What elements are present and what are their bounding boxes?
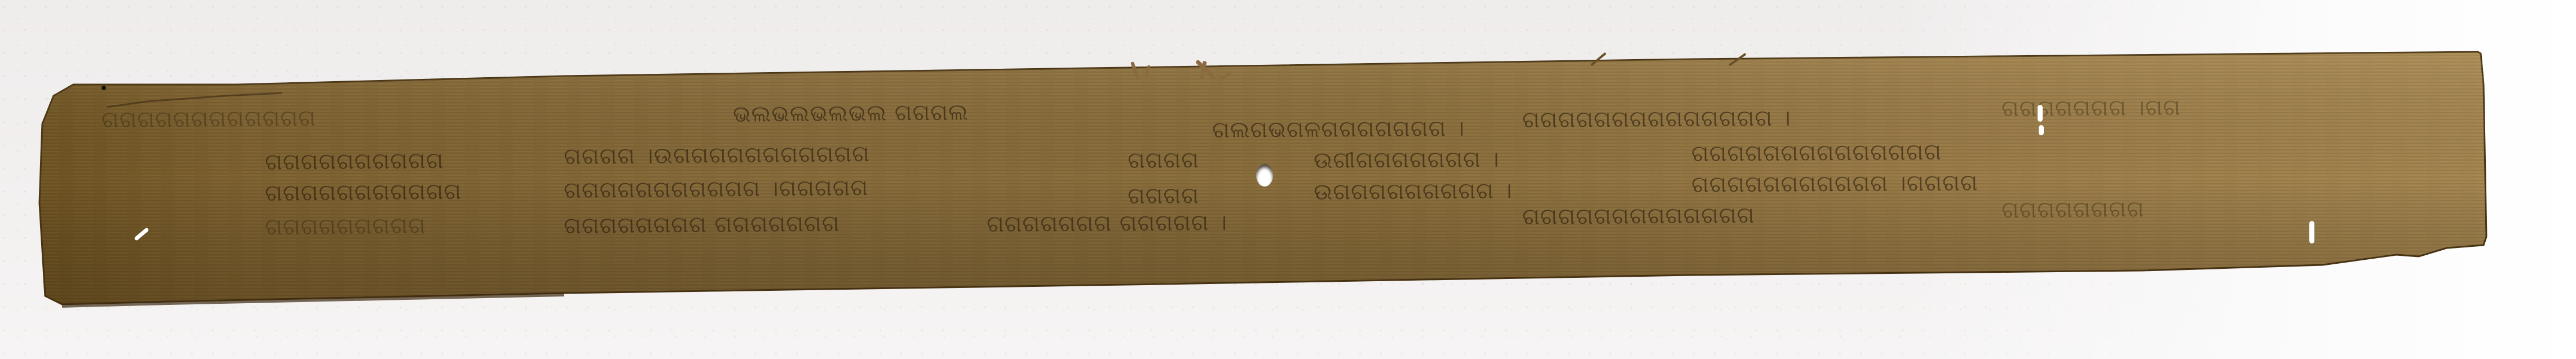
text-line-2-seg-3: ଗଗଗଗ bbox=[1128, 147, 1199, 174]
text-line-1-seg-2: ଭଲଭଲଭଲଭଲ ଗଗଗଲ bbox=[733, 99, 969, 127]
text-line-3-seg-2: ଗଗଗଗଗଗଗଗଗଗଗ ।ଗଗଗଗଗ bbox=[564, 175, 869, 203]
text-line-1-seg-1: ଗଗଗଗଗଗଗଗଗଗଗଗ bbox=[101, 105, 316, 133]
text-line-3-seg-3: ଗଗଗଗ bbox=[1128, 183, 1199, 209]
text-line-4-seg-2: ଗଗଗଗଗଗଗଗ ଗଗଗଗଗଗଗ bbox=[564, 211, 840, 239]
text-line-1-seg-5: ଗଗଗଗଗଗଗ ।ଗଗ bbox=[2001, 95, 2181, 122]
string-hole bbox=[1256, 164, 1273, 187]
text-line-2-seg-2: ଗଗଗଗ ।ଉଗଗଗଗଗଗଗଗଗଗଗ bbox=[564, 141, 870, 170]
damage-slit bbox=[2039, 125, 2044, 135]
text-line-1-seg-4: ଗଗଗଗଗଗଗଗଗଗଗଗଗଗ । bbox=[1522, 105, 1791, 133]
text-line-1-seg-3: ଗଲଗଭଗଳଗଗଗଗଗଗଗ । bbox=[1212, 116, 1465, 143]
text-line-3-seg-5: ଗଗଗଗଗଗଗଗଗଗଗ ।ଗଗଗଗ bbox=[1691, 170, 1978, 198]
text-line-2-seg-4: ଉଗୀଗଗଗଗଗଗଗ । bbox=[1314, 147, 1500, 174]
text-line-4-seg-5: ଗଗଗଗଗଗଗଗ bbox=[2001, 196, 2145, 223]
text-line-2-seg-1: ଗଗଗଗଗଗଗଗଗଗ bbox=[265, 148, 444, 175]
palm-leaf-folio: ଗଗଗଗଗଗଗଗଗଗଗଗ ଭଲଭଲଭଲଭଲ ଗଗଗଲ ଗଲଗଭଗଳଗଗଗଗଗଗଗ… bbox=[0, 0, 2576, 359]
text-line-3-seg-1: ଗଗଗଗଗଗଗଗଗଗଗ bbox=[265, 179, 462, 206]
text-line-4-seg-3: ଗଗଗଗଗଗଗ ଗଗଗଗଗ । bbox=[987, 210, 1227, 237]
damage-slit bbox=[2309, 221, 2314, 243]
text-line-2-seg-5: ଗଗଗଗଗଗଗଗଗଗଗଗଗଗ bbox=[1691, 139, 1942, 167]
text-line-4-seg-1: ଗଗଗଗଗଗଗଗଗ bbox=[265, 213, 426, 240]
text-line-4-seg-4: ଗଗଗଗଗଗଗଗଗଗଗଗଗ bbox=[1522, 202, 1755, 230]
damage-slit bbox=[2038, 105, 2043, 122]
worm-hole bbox=[101, 86, 106, 90]
text-line-3-seg-4: ଉଗଗଗଗଗଗଗଗଗ । bbox=[1314, 178, 1513, 205]
